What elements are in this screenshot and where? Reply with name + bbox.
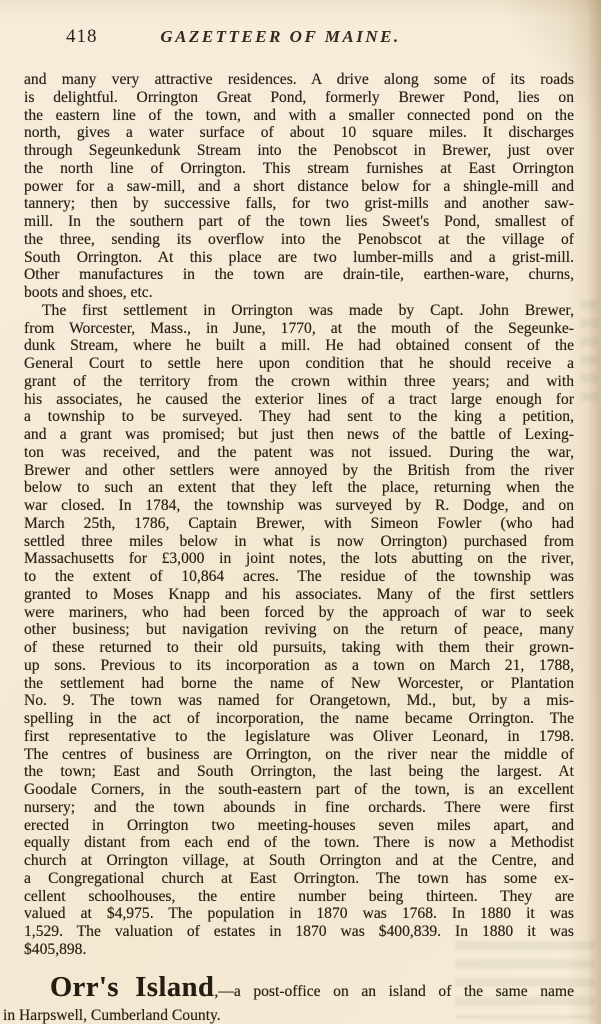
text-line: power for a saw-mill, and a short distan… [24,178,574,196]
text-line: General Court to settle here upon condit… [24,355,574,373]
text-line: north, gives a water surface of about 10… [24,124,574,142]
text-line: ton was received, and the patent was not… [24,444,574,462]
article-text-block: and many very attractive residences. A d… [24,71,574,1024]
text-line: through Segeunkedunk Stream into the Pen… [24,142,574,160]
text-line: a Congregational church at East Orringto… [24,870,574,888]
text-line: is delightful. Orrington Great Pond, for… [24,89,574,107]
text-line: tannery; then by successive falls, for t… [24,195,574,213]
entry-separator: ,— [214,983,234,1000]
text-line: granted to Moses Knapp and his associate… [24,586,574,604]
article-continuation: and many very attractive residences. A d… [24,71,574,959]
text-line: spelling in the act of incorporation, th… [24,710,574,728]
text-line: The first settlement in Orrington was ma… [24,302,574,320]
text-line: a township to be surveyed. They had sent… [24,408,574,426]
text-line: the eastern line of the town, and with a… [24,107,574,125]
text-line: the town; East and South Orrington, the … [24,763,574,781]
bleed-through-texture-right [580,300,598,410]
text-line: and a grant was promised; but just then … [24,426,574,444]
text-line: March 25th, 1786, Captain Brewer, with S… [24,515,574,533]
entry-lead-text: a post-office on an island of the same n… [234,983,574,1000]
text-line: mill. In the southern part of the town l… [24,213,574,231]
entry-first-line: Orr's Island,—a post-office on an island… [24,972,574,1006]
text-line: grant of the territory from the crown wi… [24,373,574,391]
text-line: first representative to the legislature … [24,728,574,746]
text-line: up sons. Previous to its incorporation a… [24,657,574,675]
text-line: erected in Orrington two meeting-houses … [24,817,574,835]
text-line: dunk Stream, where he built a mill. He h… [24,337,574,355]
text-line: equally distant from each end of the tow… [24,834,574,852]
text-line: church at Orrington village, at South Or… [24,852,574,870]
text-line: and many very attractive residences. A d… [24,71,574,89]
text-line: No. 9. The town was named for Orangetown… [24,692,574,710]
running-title: GAZETTEER OF MAINE. [0,27,561,47]
text-line: war closed. In 1784, the township was su… [24,497,574,515]
text-line: $405,898. [24,941,574,959]
text-line: Massachusetts for £3,000 in joint notes,… [24,550,574,568]
text-line: his associates, he caused the exterior l… [24,391,574,409]
text-line: settled three miles below in what is now… [24,533,574,551]
text-line: Goodale Corners, in the south-eastern pa… [24,781,574,799]
entry-second-line: in Harpswell, Cumberland County. [3,1006,574,1024]
text-line: were mariners, who had been forced by th… [24,604,574,622]
text-line: boots and shoes, etc. [24,284,574,302]
text-line: the three, sending its overflow into the… [24,231,574,249]
text-line: to the extent of 10,864 acres. The resid… [24,568,574,586]
text-line: cellent schoolhouses, the entire number … [24,888,574,906]
text-line: nursery; and the town abounds in fine or… [24,799,574,817]
text-line: South Orrington. At this place are two l… [24,249,574,267]
text-line: from Worcester, Mass., in June, 1770, at… [24,320,574,338]
text-line: other business; but navigation reviving … [24,621,574,639]
text-line: The centres of business are Orrington, o… [24,746,574,764]
text-line: Brewer and other settlers were annoyed b… [24,462,574,480]
text-line: of these returned to their old pursuits,… [24,639,574,657]
text-line: the north line of Orrington. This stream… [24,160,574,178]
paragraph: The first settlement in Orrington was ma… [24,302,574,959]
scanned-book-page: 418 GAZETTEER OF MAINE. and many very at… [0,0,601,1024]
text-line: 1,529. The valuation of estates in 1870 … [24,923,574,941]
text-line: below to such an extent that they left t… [24,479,574,497]
text-line: Other manufactures in the town are drain… [24,266,574,284]
paragraph: and many very attractive residences. A d… [24,71,574,302]
text-line: valued at $4,975. The population in 1870… [24,905,574,923]
gazetteer-entry-orrs-island: Orr's Island,—a post-office on an island… [24,972,574,1024]
text-line: the settlement had borne the name of New… [24,675,574,693]
entry-title: Orr's Island [50,972,214,1003]
running-head: 418 GAZETTEER OF MAINE. [0,26,601,50]
